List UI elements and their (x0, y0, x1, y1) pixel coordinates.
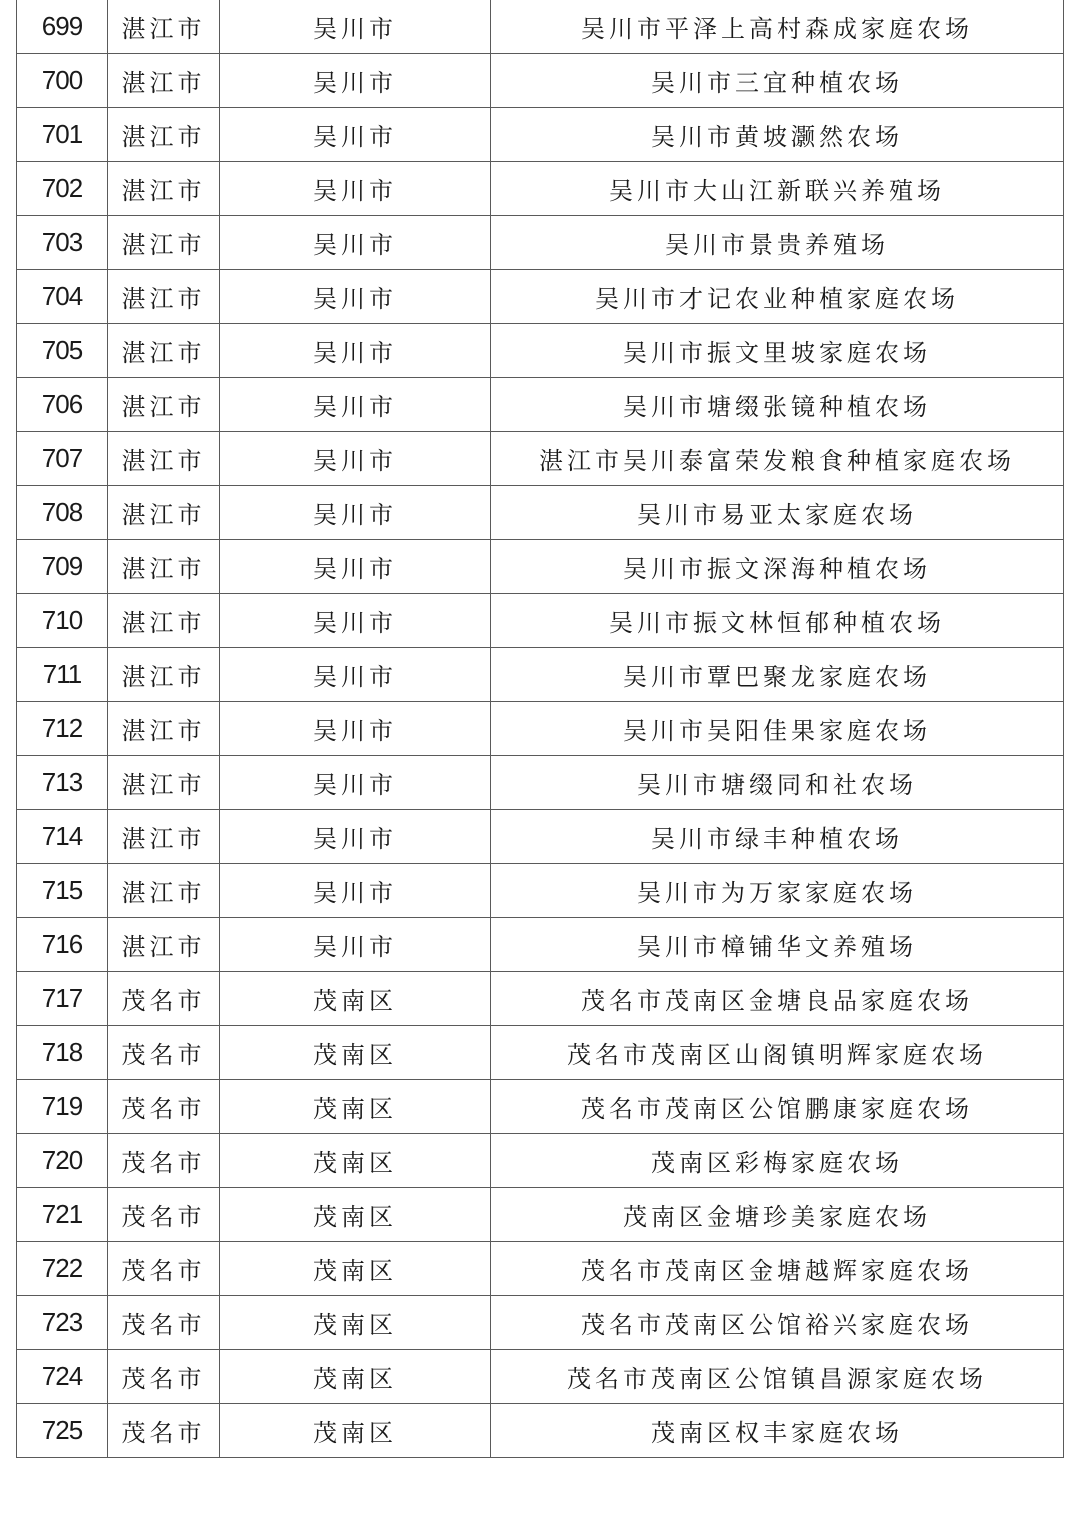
district-cell: 吴川市 (220, 810, 491, 864)
district-cell: 茂南区 (220, 972, 491, 1026)
district-cell: 茂南区 (220, 1080, 491, 1134)
table-row: 720 茂名市 茂南区 茂南区彩梅家庭农场 (17, 1134, 1064, 1188)
city-cell: 湛江市 (108, 54, 220, 108)
farm-name-cell: 茂南区权丰家庭农场 (491, 1404, 1064, 1458)
table-row: 701 湛江市 吴川市 吴川市黄坡灏然农场 (17, 108, 1064, 162)
table-row: 719 茂名市 茂南区 茂名市茂南区公馆鹏康家庭农场 (17, 1080, 1064, 1134)
district-cell: 茂南区 (220, 1242, 491, 1296)
farm-name-cell: 吴川市振文林恒郁种植农场 (491, 594, 1064, 648)
row-number: 705 (17, 324, 108, 378)
district-cell: 吴川市 (220, 108, 491, 162)
farm-list-table: 699 湛江市 吴川市 吴川市平泽上高村森成家庭农场 700 湛江市 吴川市 吴… (16, 0, 1064, 1458)
row-number: 722 (17, 1242, 108, 1296)
farm-name-cell: 吴川市塘缀同和社农场 (491, 756, 1064, 810)
farm-name-cell: 茂名市茂南区山阁镇明辉家庭农场 (491, 1026, 1064, 1080)
table-row: 721 茂名市 茂南区 茂南区金塘珍美家庭农场 (17, 1188, 1064, 1242)
row-number: 699 (17, 0, 108, 54)
row-number: 718 (17, 1026, 108, 1080)
district-cell: 茂南区 (220, 1026, 491, 1080)
table-row: 706 湛江市 吴川市 吴川市塘缀张镜种植农场 (17, 378, 1064, 432)
table-row: 703 湛江市 吴川市 吴川市景贵养殖场 (17, 216, 1064, 270)
row-number: 717 (17, 972, 108, 1026)
table-row: 714 湛江市 吴川市 吴川市绿丰种植农场 (17, 810, 1064, 864)
table-row: 709 湛江市 吴川市 吴川市振文深海种植农场 (17, 540, 1064, 594)
city-cell: 湛江市 (108, 270, 220, 324)
table-row: 715 湛江市 吴川市 吴川市为万家家庭农场 (17, 864, 1064, 918)
row-number: 713 (17, 756, 108, 810)
row-number: 701 (17, 108, 108, 162)
farm-name-cell: 吴川市三宜种植农场 (491, 54, 1064, 108)
district-cell: 吴川市 (220, 756, 491, 810)
farm-name-cell: 吴川市大山江新联兴养殖场 (491, 162, 1064, 216)
city-cell: 茂名市 (108, 1080, 220, 1134)
district-cell: 吴川市 (220, 864, 491, 918)
district-cell: 吴川市 (220, 54, 491, 108)
district-cell: 吴川市 (220, 918, 491, 972)
district-cell: 吴川市 (220, 702, 491, 756)
city-cell: 湛江市 (108, 918, 220, 972)
city-cell: 湛江市 (108, 216, 220, 270)
row-number: 702 (17, 162, 108, 216)
district-cell: 茂南区 (220, 1188, 491, 1242)
row-number: 708 (17, 486, 108, 540)
district-cell: 吴川市 (220, 540, 491, 594)
row-number: 714 (17, 810, 108, 864)
farm-name-cell: 吴川市塘缀张镜种植农场 (491, 378, 1064, 432)
farm-name-cell: 茂南区彩梅家庭农场 (491, 1134, 1064, 1188)
row-number: 719 (17, 1080, 108, 1134)
row-number: 703 (17, 216, 108, 270)
row-number: 721 (17, 1188, 108, 1242)
district-cell: 吴川市 (220, 270, 491, 324)
city-cell: 湛江市 (108, 108, 220, 162)
city-cell: 湛江市 (108, 594, 220, 648)
farm-name-cell: 吴川市景贵养殖场 (491, 216, 1064, 270)
farm-name-cell: 吴川市振文里坡家庭农场 (491, 324, 1064, 378)
row-number: 707 (17, 432, 108, 486)
farm-name-cell: 湛江市吴川泰富荣发粮食种植家庭农场 (491, 432, 1064, 486)
table-row: 723 茂名市 茂南区 茂名市茂南区公馆裕兴家庭农场 (17, 1296, 1064, 1350)
table-row: 717 茂名市 茂南区 茂名市茂南区金塘良品家庭农场 (17, 972, 1064, 1026)
city-cell: 茂名市 (108, 1404, 220, 1458)
city-cell: 湛江市 (108, 540, 220, 594)
district-cell: 茂南区 (220, 1296, 491, 1350)
city-cell: 湛江市 (108, 486, 220, 540)
table-row: 716 湛江市 吴川市 吴川市樟铺华文养殖场 (17, 918, 1064, 972)
table-row: 718 茂名市 茂南区 茂名市茂南区山阁镇明辉家庭农场 (17, 1026, 1064, 1080)
table-row: 704 湛江市 吴川市 吴川市才记农业种植家庭农场 (17, 270, 1064, 324)
city-cell: 湛江市 (108, 648, 220, 702)
farm-name-cell: 吴川市易亚太家庭农场 (491, 486, 1064, 540)
farm-name-cell: 吴川市振文深海种植农场 (491, 540, 1064, 594)
city-cell: 茂名市 (108, 1134, 220, 1188)
row-number: 709 (17, 540, 108, 594)
city-cell: 茂名市 (108, 1188, 220, 1242)
farm-name-cell: 吴川市覃巴聚龙家庭农场 (491, 648, 1064, 702)
row-number: 724 (17, 1350, 108, 1404)
district-cell: 吴川市 (220, 378, 491, 432)
farm-name-cell: 吴川市樟铺华文养殖场 (491, 918, 1064, 972)
city-cell: 湛江市 (108, 378, 220, 432)
table-row: 712 湛江市 吴川市 吴川市吴阳佳果家庭农场 (17, 702, 1064, 756)
table-row: 722 茂名市 茂南区 茂名市茂南区金塘越辉家庭农场 (17, 1242, 1064, 1296)
district-cell: 吴川市 (220, 648, 491, 702)
city-cell: 湛江市 (108, 162, 220, 216)
table-row: 702 湛江市 吴川市 吴川市大山江新联兴养殖场 (17, 162, 1064, 216)
city-cell: 湛江市 (108, 810, 220, 864)
city-cell: 湛江市 (108, 864, 220, 918)
table-body: 699 湛江市 吴川市 吴川市平泽上高村森成家庭农场 700 湛江市 吴川市 吴… (17, 0, 1064, 1458)
farm-name-cell: 茂南区金塘珍美家庭农场 (491, 1188, 1064, 1242)
farm-name-cell: 吴川市黄坡灏然农场 (491, 108, 1064, 162)
district-cell: 吴川市 (220, 594, 491, 648)
farm-name-cell: 吴川市为万家家庭农场 (491, 864, 1064, 918)
district-cell: 茂南区 (220, 1404, 491, 1458)
table-row: 707 湛江市 吴川市 湛江市吴川泰富荣发粮食种植家庭农场 (17, 432, 1064, 486)
table-row: 713 湛江市 吴川市 吴川市塘缀同和社农场 (17, 756, 1064, 810)
row-number: 716 (17, 918, 108, 972)
farm-name-cell: 吴川市平泽上高村森成家庭农场 (491, 0, 1064, 54)
table-row: 724 茂名市 茂南区 茂名市茂南区公馆镇昌源家庭农场 (17, 1350, 1064, 1404)
district-cell: 吴川市 (220, 432, 491, 486)
table-row: 705 湛江市 吴川市 吴川市振文里坡家庭农场 (17, 324, 1064, 378)
row-number: 700 (17, 54, 108, 108)
row-number: 704 (17, 270, 108, 324)
table-row: 725 茂名市 茂南区 茂南区权丰家庭农场 (17, 1404, 1064, 1458)
district-cell: 茂南区 (220, 1350, 491, 1404)
district-cell: 茂南区 (220, 1134, 491, 1188)
city-cell: 茂名市 (108, 1242, 220, 1296)
row-number: 711 (17, 648, 108, 702)
row-number: 706 (17, 378, 108, 432)
farm-name-cell: 吴川市才记农业种植家庭农场 (491, 270, 1064, 324)
farm-name-cell: 茂名市茂南区公馆鹏康家庭农场 (491, 1080, 1064, 1134)
district-cell: 吴川市 (220, 216, 491, 270)
city-cell: 茂名市 (108, 1026, 220, 1080)
farm-name-cell: 茂名市茂南区公馆镇昌源家庭农场 (491, 1350, 1064, 1404)
city-cell: 湛江市 (108, 432, 220, 486)
table-row: 700 湛江市 吴川市 吴川市三宜种植农场 (17, 54, 1064, 108)
district-cell: 吴川市 (220, 486, 491, 540)
table-row: 699 湛江市 吴川市 吴川市平泽上高村森成家庭农场 (17, 0, 1064, 54)
district-cell: 吴川市 (220, 0, 491, 54)
city-cell: 湛江市 (108, 0, 220, 54)
district-cell: 吴川市 (220, 162, 491, 216)
farm-name-cell: 吴川市吴阳佳果家庭农场 (491, 702, 1064, 756)
district-cell: 吴川市 (220, 324, 491, 378)
farm-name-cell: 茂名市茂南区公馆裕兴家庭农场 (491, 1296, 1064, 1350)
city-cell: 湛江市 (108, 756, 220, 810)
table-row: 708 湛江市 吴川市 吴川市易亚太家庭农场 (17, 486, 1064, 540)
table-row: 710 湛江市 吴川市 吴川市振文林恒郁种植农场 (17, 594, 1064, 648)
row-number: 723 (17, 1296, 108, 1350)
city-cell: 湛江市 (108, 324, 220, 378)
row-number: 710 (17, 594, 108, 648)
farm-name-cell: 茂名市茂南区金塘越辉家庭农场 (491, 1242, 1064, 1296)
farm-name-cell: 茂名市茂南区金塘良品家庭农场 (491, 972, 1064, 1026)
farm-name-cell: 吴川市绿丰种植农场 (491, 810, 1064, 864)
row-number: 720 (17, 1134, 108, 1188)
row-number: 725 (17, 1404, 108, 1458)
city-cell: 茂名市 (108, 1350, 220, 1404)
table-row: 711 湛江市 吴川市 吴川市覃巴聚龙家庭农场 (17, 648, 1064, 702)
city-cell: 茂名市 (108, 1296, 220, 1350)
city-cell: 湛江市 (108, 702, 220, 756)
city-cell: 茂名市 (108, 972, 220, 1026)
row-number: 715 (17, 864, 108, 918)
row-number: 712 (17, 702, 108, 756)
